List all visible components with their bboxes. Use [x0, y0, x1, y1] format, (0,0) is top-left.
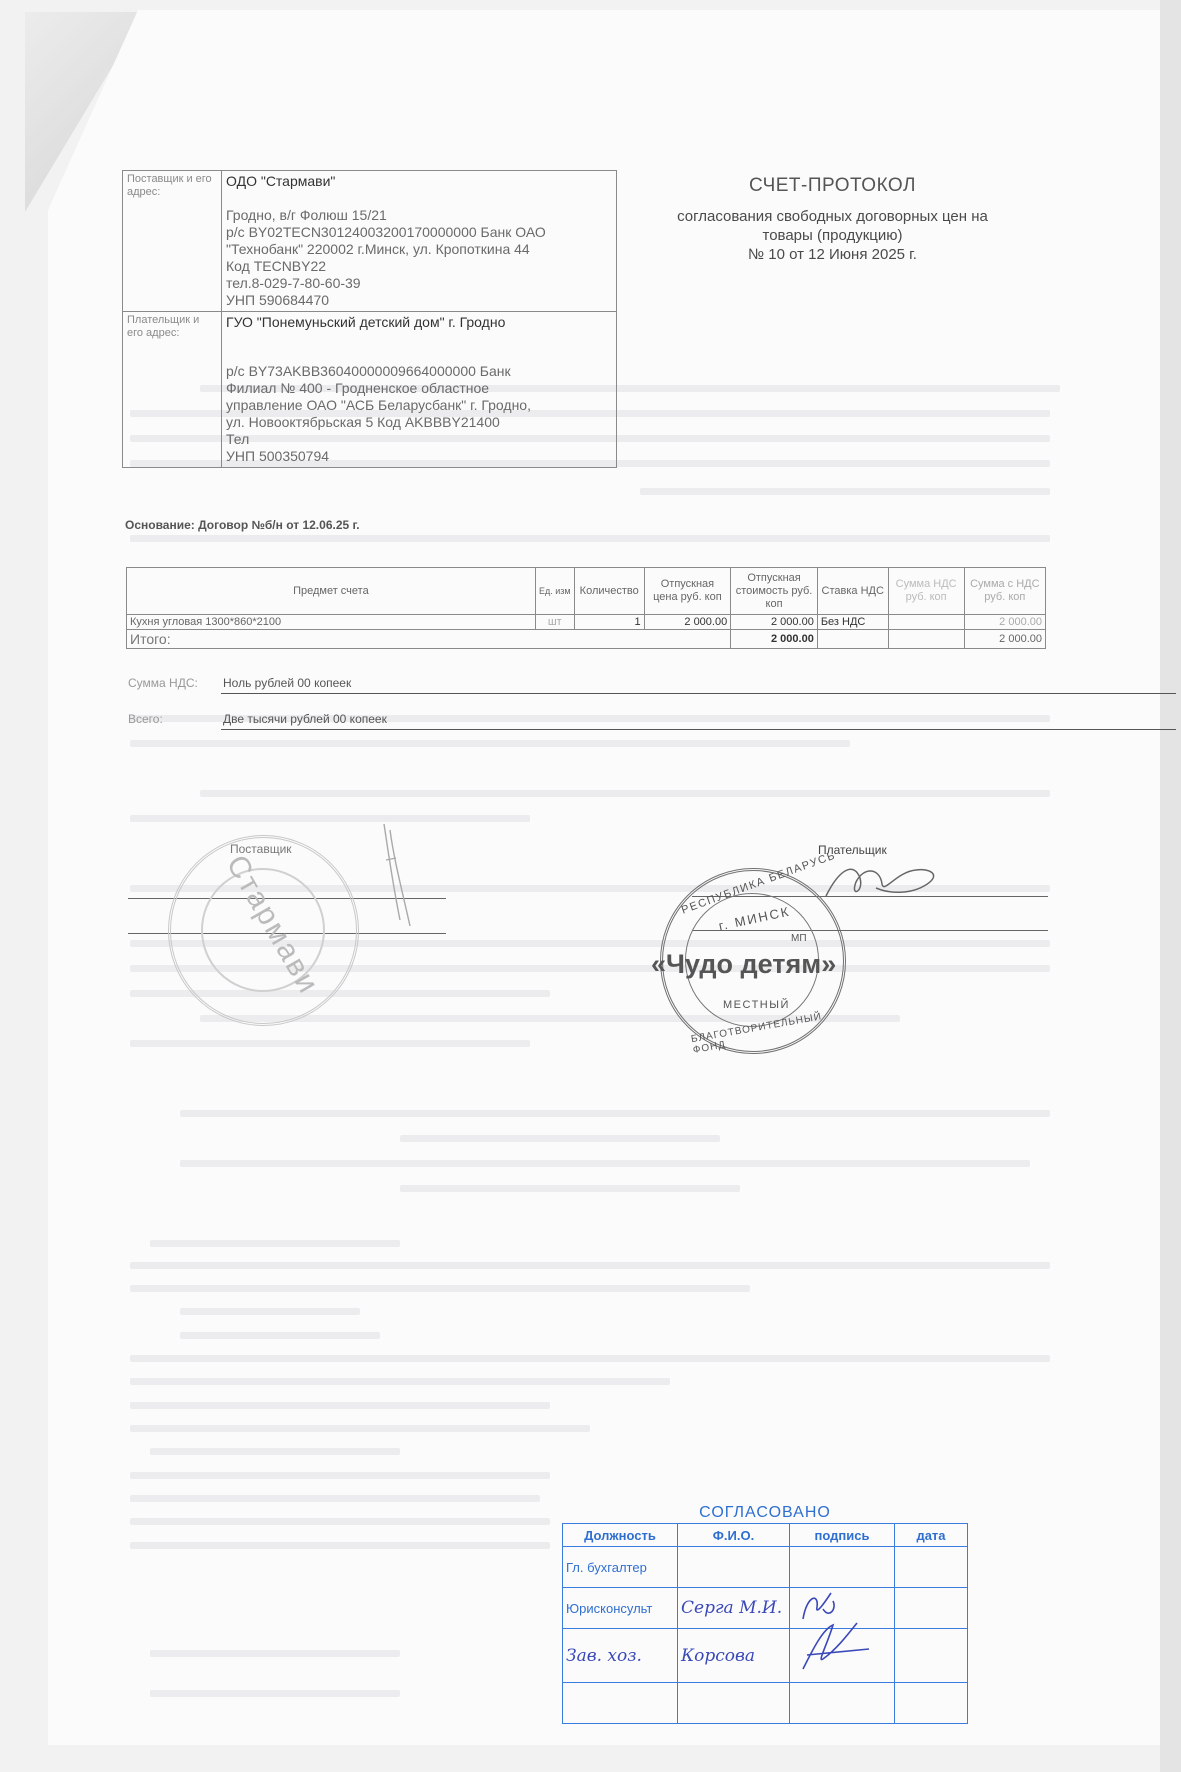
cell-quantity: 1 [574, 615, 644, 630]
cell-vat-rate: Без НДС [817, 615, 888, 630]
approval-stamp: СОГЛАСОВАНО Должность Ф.И.О. подпись дат… [562, 1503, 968, 1724]
vat-sum-words-row: Сумма НДС: Ноль рублей 00 копеек [128, 676, 198, 690]
table-total-row: Итого: 2 000.00 2 000.00 [127, 630, 1046, 649]
total-with-vat: 2 000.00 [964, 630, 1045, 649]
supplier-line: Гродно, в/г Фолюш 15/21 [226, 207, 612, 224]
approval-row [563, 1683, 968, 1724]
document-number: № 10 от 12 Июня 2025 г. [621, 245, 1044, 264]
payer-line: Тел [226, 431, 612, 448]
supplier-signature-scribble [378, 820, 418, 930]
payer-name: ГУО "Понемуньский детский дом" г. Гродно [226, 314, 612, 331]
document-title: СЧЕТ-ПРОТОКОЛ [621, 175, 1044, 197]
col-quantity: Количество [574, 568, 644, 615]
cell-vat-sum [888, 615, 964, 630]
approval-col-position: Должность [563, 1524, 678, 1547]
table-row: Кухня угловая 1300*860*2100 шт 1 2 000.0… [127, 615, 1046, 630]
cell-price: 2 000.00 [644, 615, 731, 630]
total-words-row: Всего: Две тысячи рублей 00 копеек [128, 712, 163, 726]
payer-line: ул. Новооктябрьская 5 Код AKBBBY21400 [226, 414, 612, 431]
document-subtitle: согласования свободных договорных цен на [621, 207, 1044, 226]
approval-header-row: Должность Ф.И.О. подпись дата [563, 1524, 968, 1547]
total-words-value: Две тысячи рублей 00 копеек [223, 712, 387, 726]
scan-margin [1160, 0, 1181, 1772]
supplier-line: "Технобанк" 220002 г.Минск, ул. Кропотки… [226, 241, 612, 258]
payer-line: Филиал № 400 - Гродненское областное [226, 380, 612, 397]
payer-label: Плательщик и его адрес: [123, 312, 222, 468]
col-subject: Предмет счета [127, 568, 536, 615]
payer-details: ГУО "Понемуньский детский дом" г. Гродно… [222, 312, 617, 468]
approval-title: СОГЛАСОВАНО [562, 1503, 968, 1523]
supplier-line: УНП 590684470 [226, 292, 612, 309]
approval-col-date: дата [895, 1524, 968, 1547]
approval-col-signature: подпись [790, 1524, 895, 1547]
col-cost: Отпускная стоимость руб. коп [731, 568, 818, 615]
cell-cost: 2 000.00 [731, 615, 818, 630]
total-words-label: Всего: [128, 712, 163, 726]
stamp-organization-name: «Чудо детям» [651, 949, 836, 980]
document-title-block: СЧЕТ-ПРОТОКОЛ согласования свободных дог… [617, 171, 1049, 312]
handwritten-signature-icon [793, 1619, 873, 1679]
approval-row: Юрисконсульт Серга М.И. [563, 1588, 968, 1629]
col-price: Отпускная цена руб. коп [644, 568, 731, 615]
total-label: Итого: [127, 630, 731, 649]
approval-row: Гл. бухгалтер [563, 1547, 968, 1588]
cell-subject: Кухня угловая 1300*860*2100 [127, 615, 536, 630]
items-table-header: Предмет счета Ед. изм Количество Отпускн… [127, 568, 1046, 615]
stamp-mp: МП [791, 933, 807, 944]
supplier-label: Поставщик и его адрес: [123, 171, 222, 312]
cell-total-with-vat: 2 000.00 [964, 615, 1045, 630]
supplier-line: р/с BY02TECN30124003200170000000 Банк ОА… [226, 224, 612, 241]
payer-line: УНП 500350794 [226, 448, 612, 465]
col-unit: Ед. изм [535, 568, 574, 615]
col-vat-sum: Сумма НДС руб. коп [888, 568, 964, 615]
approval-table: Должность Ф.И.О. подпись дата Гл. бухгал… [562, 1523, 968, 1724]
col-vat-rate: Ставка НДС [817, 568, 888, 615]
payer-line: управление ОАО "АСБ Беларусбанк" г. Грод… [226, 397, 612, 414]
approval-row: Зав. хоз. Корсова [563, 1629, 968, 1683]
approval-position: Зав. хоз. [563, 1629, 678, 1683]
payer-stamp: РЕСПУБЛИКА БЕЛАРУСЬ г. МИНСК МП «Чудо де… [660, 868, 846, 1054]
approval-name [678, 1547, 790, 1588]
items-table: Предмет счета Ед. изм Количество Отпускн… [126, 567, 1046, 649]
approval-name: Серга М.И. [678, 1588, 790, 1629]
vat-sum-value: Ноль рублей 00 копеек [223, 676, 351, 690]
vat-sum-label: Сумма НДС: [128, 676, 198, 690]
supplier-stamp: Стармави [168, 835, 359, 1026]
payer-line: р/с BY73AKBB36040000009664000000 Банк [226, 363, 612, 380]
supplier-line: Код TECNBY22 [226, 258, 612, 275]
supplier-details: ОДО "Стармави" Гродно, в/г Фолюш 15/21 р… [222, 171, 617, 312]
contract-basis: Основание: Договор №б/н от 12.06.25 г. [125, 518, 360, 532]
approval-name: Корсова [678, 1629, 790, 1683]
stamp-ring-text: МЕСТНЫЙ [723, 999, 790, 1011]
approval-position: Гл. бухгалтер [563, 1547, 678, 1588]
approval-position: Юрисконсульт [563, 1588, 678, 1629]
header-block: Поставщик и его адрес: ОДО "Стармави" Гр… [122, 170, 1048, 468]
supplier-line: тел.8-029-7-80-60-39 [226, 275, 612, 292]
col-total-with-vat: Сумма с НДС руб. коп [964, 568, 1045, 615]
approval-signature [790, 1629, 895, 1683]
cell-unit: шт [535, 615, 574, 630]
document-subtitle: товары (продукцию) [621, 226, 1044, 245]
approval-col-name: Ф.И.О. [678, 1524, 790, 1547]
payer-signature-scribble [820, 858, 950, 908]
supplier-name: ОДО "Стармави" [226, 173, 612, 190]
total-cost: 2 000.00 [731, 630, 818, 649]
